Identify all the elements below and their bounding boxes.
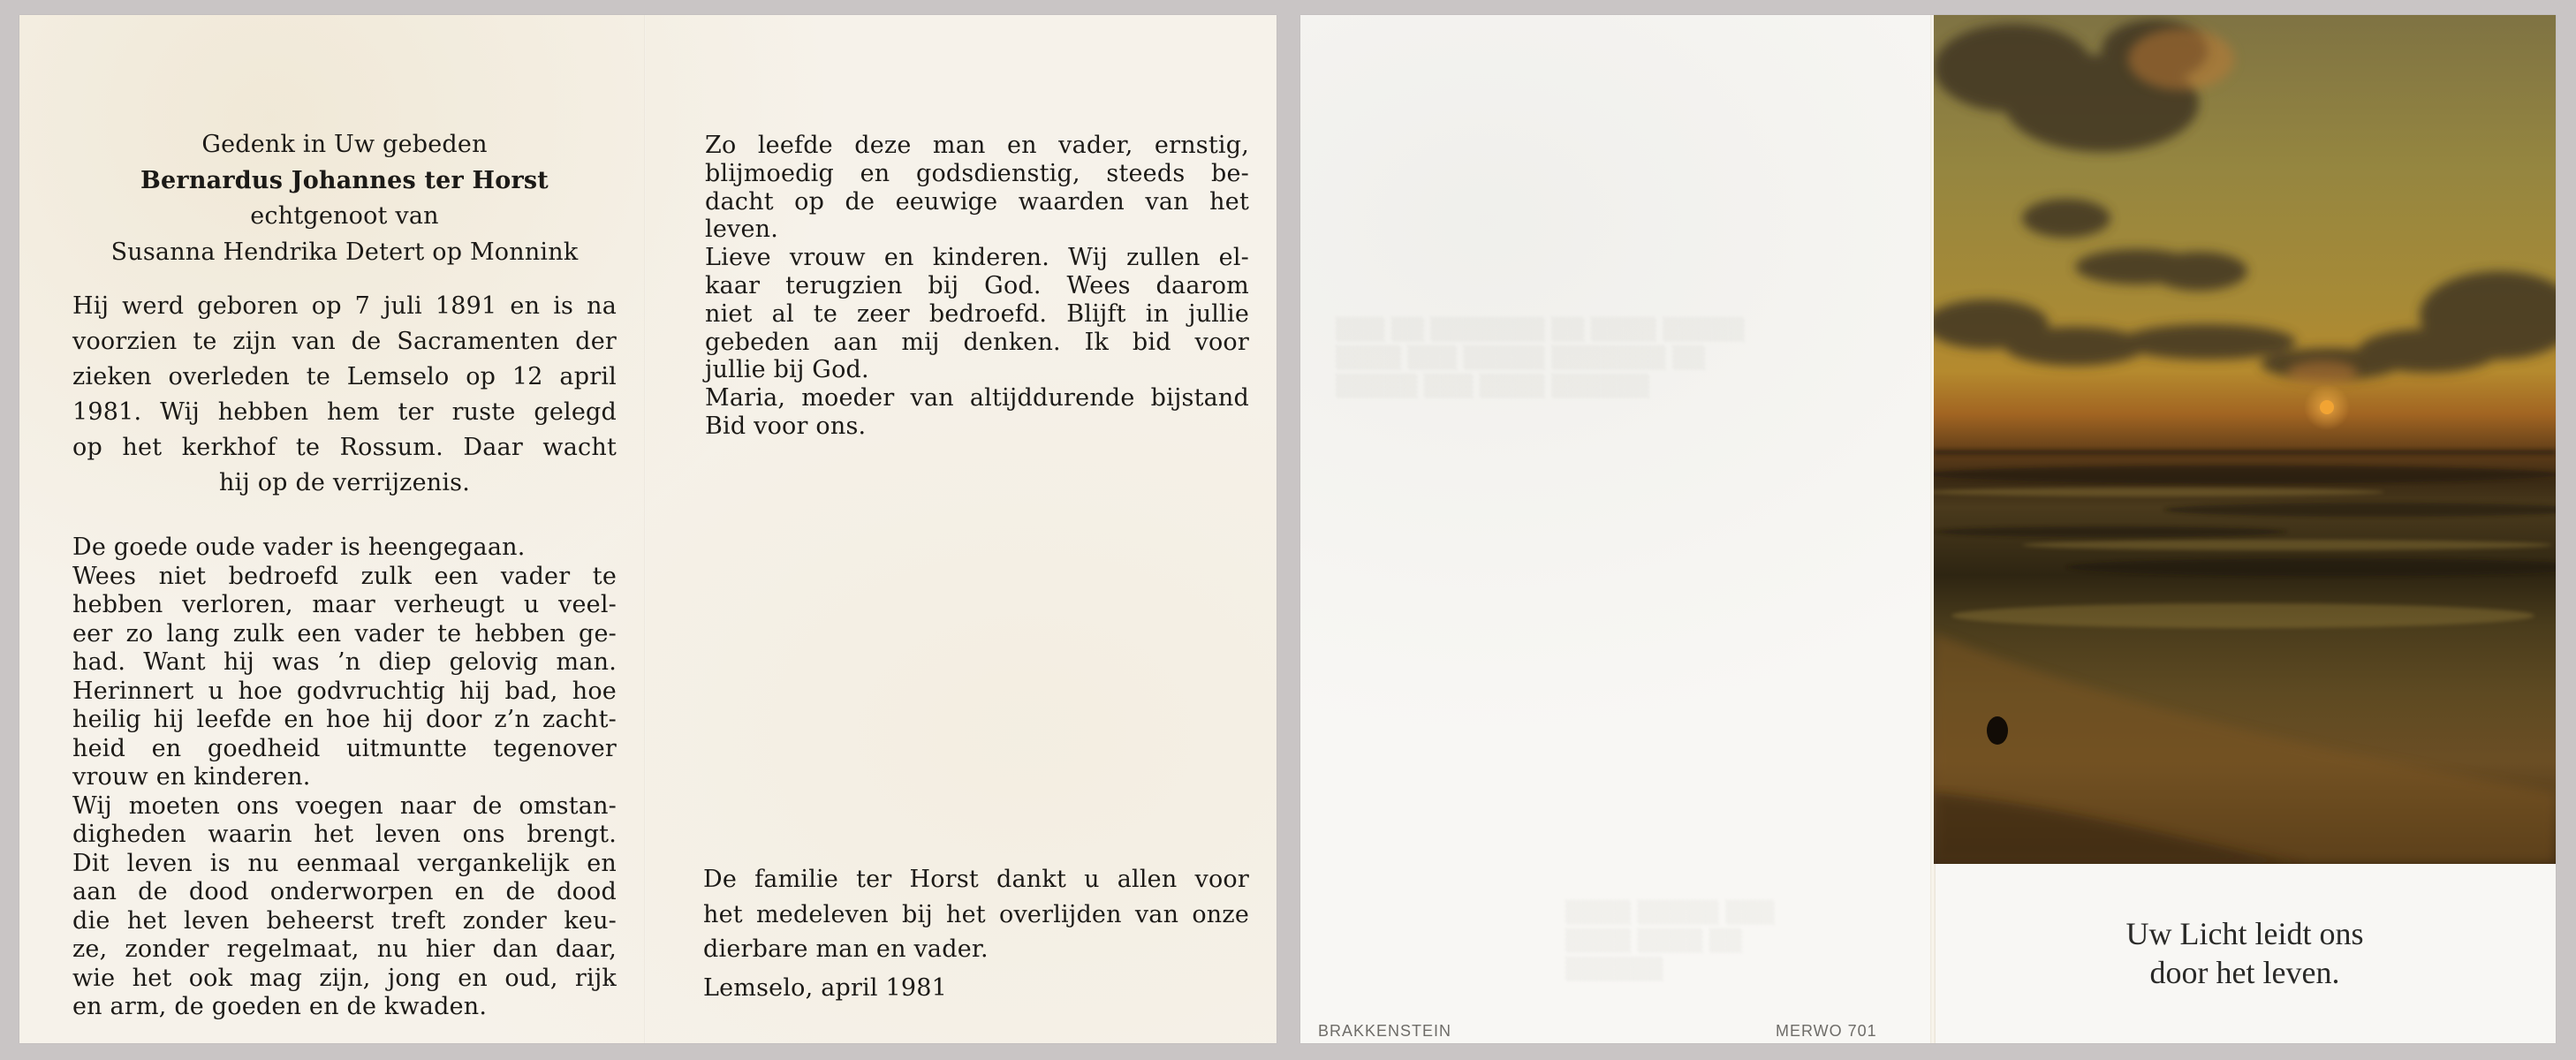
text-line: 1981. Wij hebben hem ter ruste gelegd <box>72 395 617 430</box>
text-line: kaar terugzien bij God. Wees daarom <box>705 272 1249 300</box>
text-line: wie het ook mag zijn, jong en oud, rijk <box>72 965 617 994</box>
text-line: gebeden aan mij denken. Ik bid voor <box>705 329 1249 357</box>
text-line: heilig hij leefde en hoe hij door z’n za… <box>72 706 617 735</box>
thanks-paragraph: De familie ter Horst dankt u allen voor … <box>703 862 1249 967</box>
deceased-name: Bernardus Johannes ter Horst <box>72 163 617 200</box>
fold-crease <box>644 15 646 1043</box>
prayer-line: Maria, moeder van altijddurende bijstand <box>705 384 1249 413</box>
text-line: vrouw en kinderen. <box>72 763 617 792</box>
caption-line: door het leven. <box>1934 953 2556 992</box>
show-through-text: ▒▒▒ ▒▒ ▒▒▒▒▒▒▒ ▒▒ ▒▒▒▒ ▒▒▒▒▒▒▒▒▒ ▒▒▒ ▒▒▒… <box>1336 315 1883 400</box>
relation-line: echtgenoot van <box>72 199 617 235</box>
text-line: het medeleven bij het overlijden van onz… <box>703 897 1249 933</box>
memorial-heading: Gedenk in Uw gebeden Bernardus Johannes … <box>72 127 617 270</box>
publisher-label: BRAKKENSTEIN <box>1318 1022 1451 1041</box>
reflection-paragraph: De goede oude vader is heengegaan. Wees … <box>72 534 617 1022</box>
text-line: Wees niet bedroefd zulk een vader te <box>72 563 617 592</box>
text-line: en arm, de goeden en de kwaden. <box>72 993 617 1022</box>
text-line: Dit leven is nu eenmaal vergankelijk en <box>72 850 617 879</box>
text-line: Herinnert u hoe godvruchtig hij bad, hoe <box>72 678 617 707</box>
text-line: voorzien te zijn van de Sacramenten der <box>72 324 617 360</box>
text-line: digheden waarin het leven ons brengt. <box>72 821 617 850</box>
text-line: ze, zonder regelmaat, nu hier dan daar, <box>72 935 617 965</box>
text-line: die het leven beheerst treft zonder keu- <box>72 907 617 936</box>
text-line: Wij moeten ons voegen naar de omstan- <box>72 792 617 821</box>
product-code-label: MERWO 701 <box>1776 1022 1877 1041</box>
biography-paragraph: Hij werd geboren op 7 juli 1891 en is na… <box>72 289 617 501</box>
text-line: hebben verloren, maar verheugt u veel- <box>72 591 617 620</box>
memorial-card-inside: Gedenk in Uw gebeden Bernardus Johannes … <box>19 15 1277 1043</box>
text-line: had. Want hij was ’n diep gelovig man. <box>72 648 617 678</box>
text-line: Hij werd geboren op 7 juli 1891 en is na <box>72 289 617 324</box>
text-line: niet al te zeer bedroefd. Blijft in jull… <box>705 300 1249 329</box>
caption-line: Uw Licht leidt ons <box>1934 914 2556 953</box>
text-line: hij op de verrijzenis. <box>72 466 617 501</box>
sunset-over-sea-photo <box>1934 15 2556 864</box>
text-line: Zo leefde deze man en vader, ernstig, <box>705 132 1249 160</box>
text-line: Lieve vrouw en kinderen. Wij zullen el- <box>705 244 1249 272</box>
cover-caption: Uw Licht leidt ons door het leven. <box>1934 914 2556 992</box>
text-line: jullie bij God. <box>705 356 1249 384</box>
show-through-text: ▒▒▒▒ ▒▒▒▒▒ ▒▒▒▒▒▒▒ ▒▒▒▒ ▒▒▒▒▒▒▒▒ <box>1565 898 1901 983</box>
text-line: heid en goedheid uitmuntte tegenover <box>72 735 617 764</box>
text-line: zieken overleden te Lemselo op 12 april <box>72 360 617 395</box>
text-line: De familie ter Horst dankt u allen voor <box>703 862 1249 897</box>
text-line: aan de dood onderworpen en de dood <box>72 878 617 907</box>
text-line: leven. <box>705 216 1249 244</box>
farewell-paragraph: Zo leefde deze man en vader, ernstig, bl… <box>705 132 1249 441</box>
text-line: op het kerkhof te Rossum. Daar wacht <box>72 430 617 466</box>
memorial-card-cover: ▒▒▒ ▒▒ ▒▒▒▒▒▒▒ ▒▒ ▒▒▒▒ ▒▒▒▒▒▒▒▒▒ ▒▒▒ ▒▒▒… <box>1300 15 2556 1043</box>
text-line: dierbare man en vader. <box>703 932 1249 967</box>
text-line: De goede oude vader is heengegaan. <box>72 534 617 563</box>
place-and-date: Lemselo, april 1981 <box>703 971 947 1006</box>
text-line: blijmoedig en godsdienstig, steeds be- <box>705 160 1249 188</box>
prayer-line: Gedenk in Uw gebeden <box>72 127 617 163</box>
prayer-line: Bid voor ons. <box>705 413 1249 441</box>
text-line: dacht op de eeuwige waarden van het <box>705 188 1249 216</box>
spouse-name: Susanna Hendrika Detert op Monnink <box>72 235 617 271</box>
text-line: eer zo lang zulk een vader te hebben ge- <box>72 620 617 649</box>
